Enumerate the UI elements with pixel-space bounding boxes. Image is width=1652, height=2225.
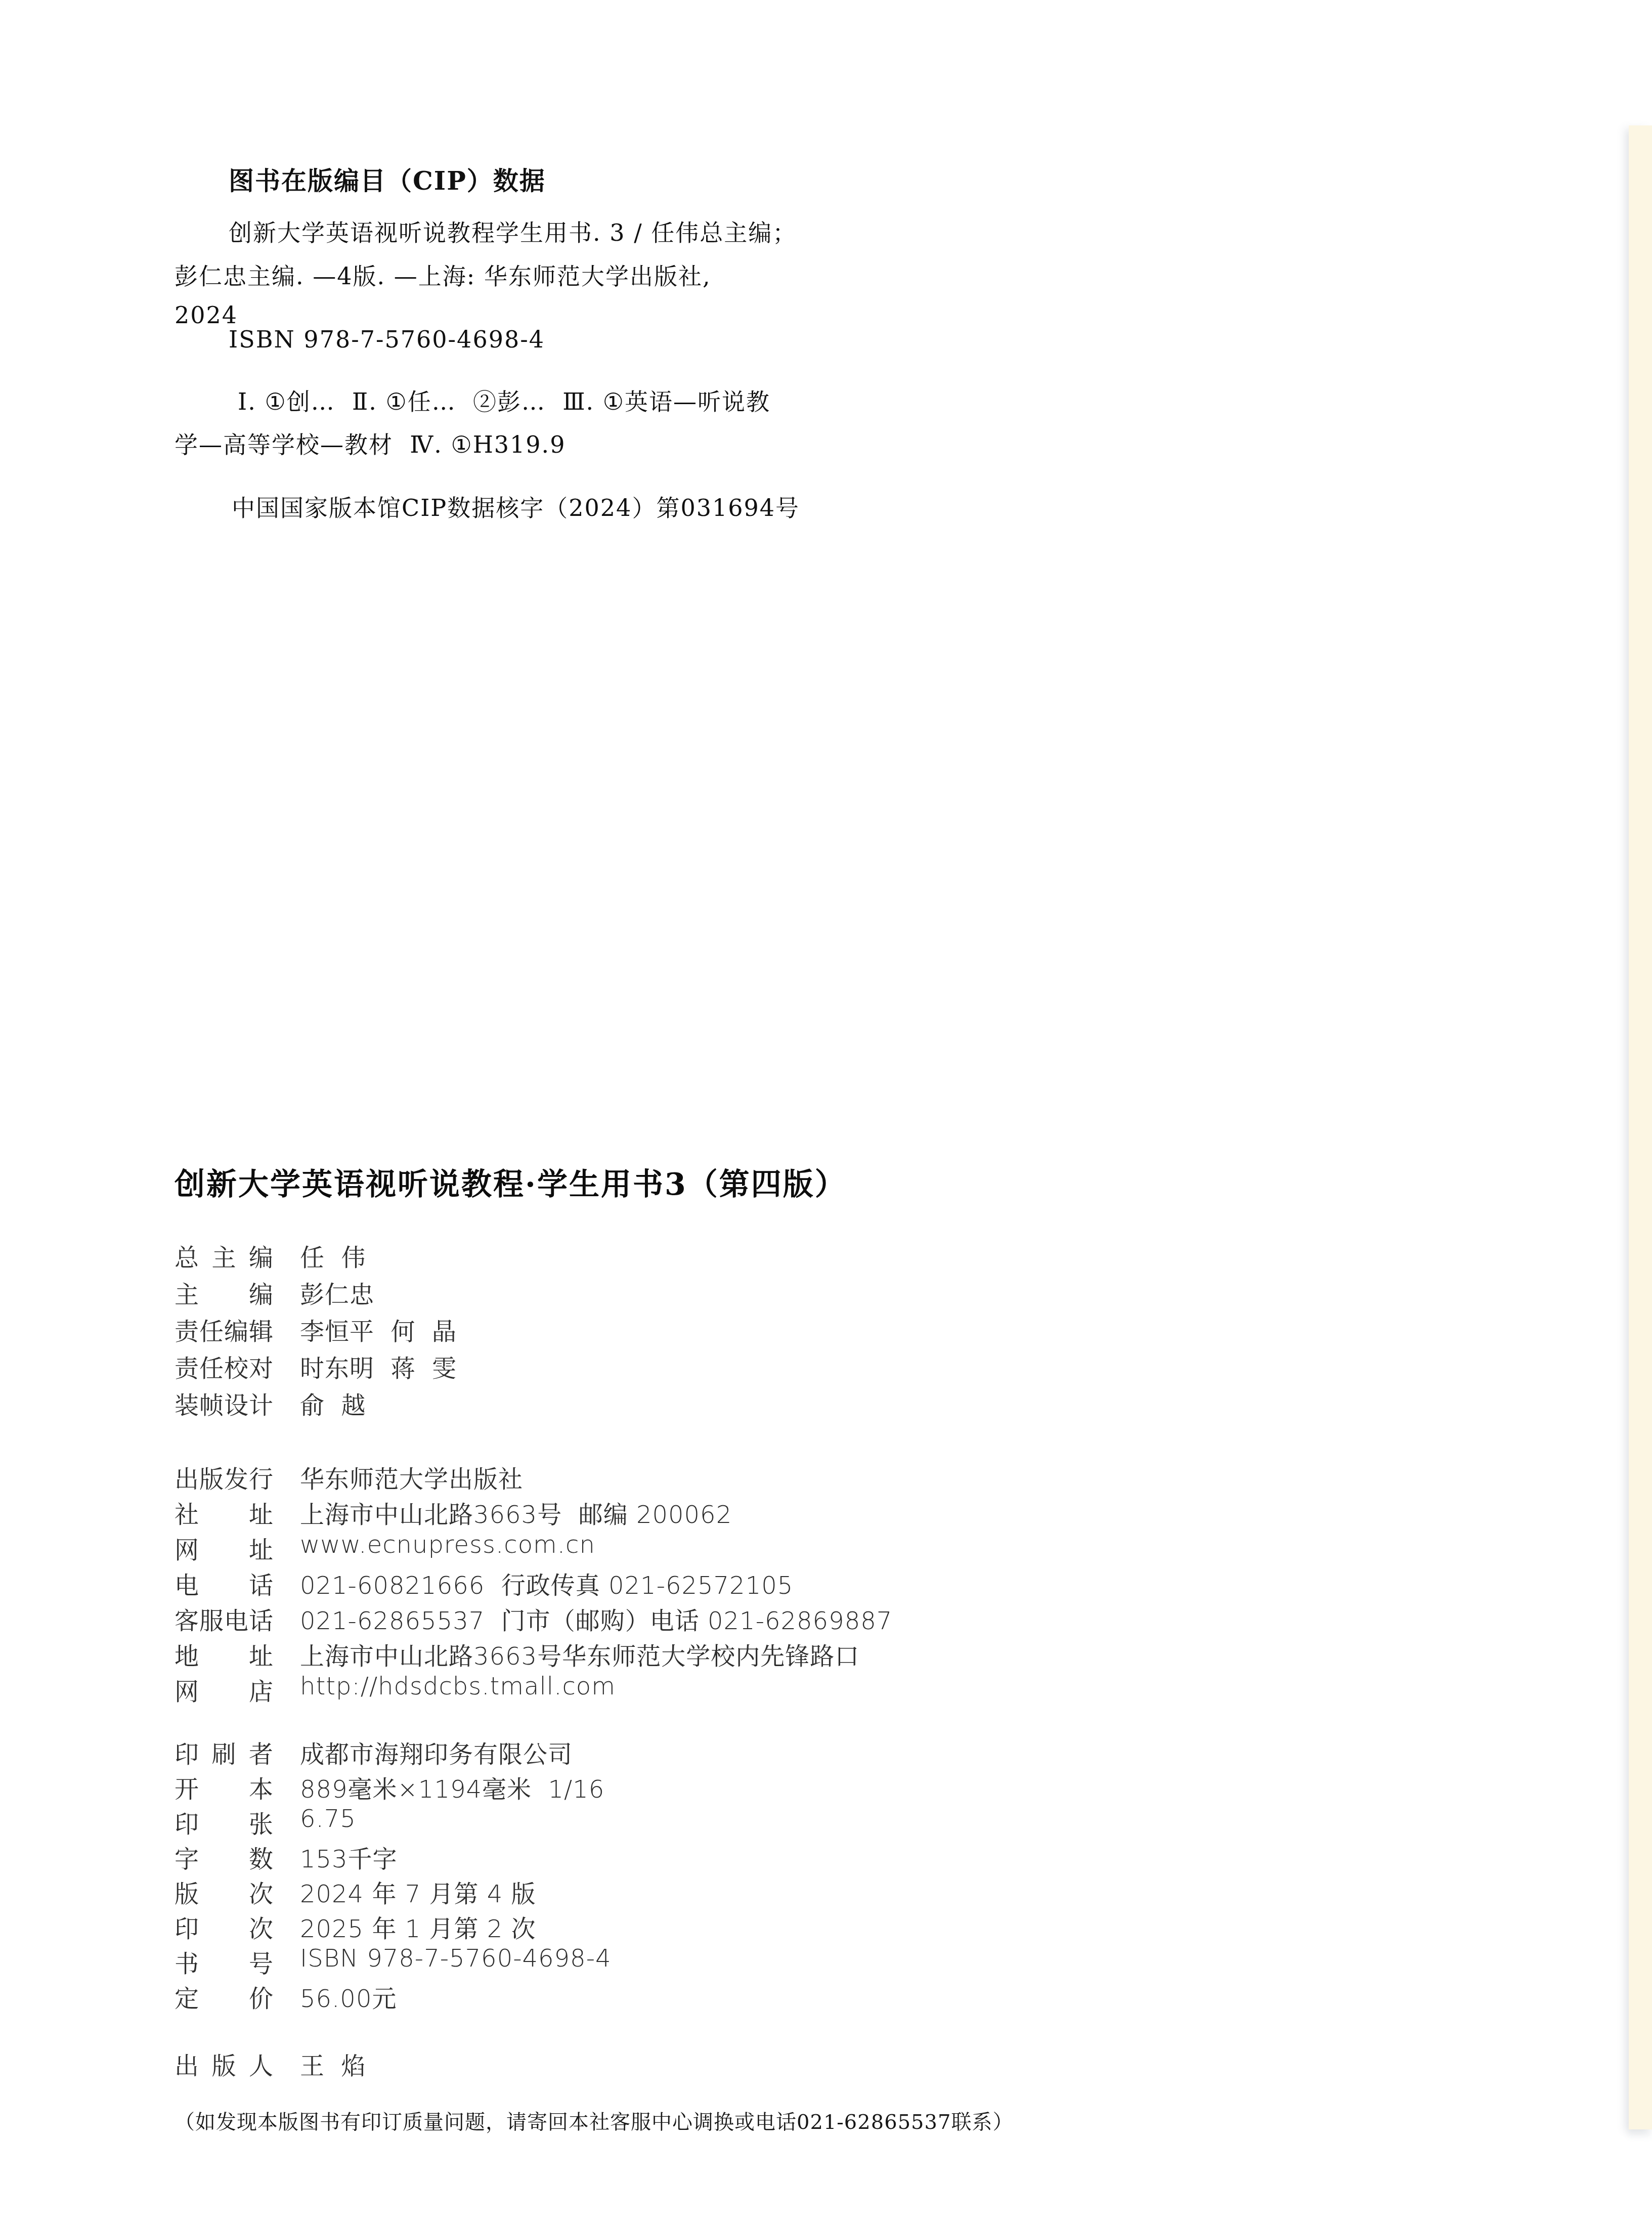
printing-row: 印张 6.75 [175, 1805, 612, 1840]
printing-value: 153千字 [300, 1840, 398, 1874]
publication-label: 网店 [175, 1672, 274, 1707]
publication-row: 地址 上海市中山北路3663号华东师范大学校内先锋路口 [175, 1637, 892, 1672]
cip-header: 图书在版编目（CIP）数据 [229, 161, 546, 197]
cip-classification-line: Ⅰ. ①创… Ⅱ. ①任… ②彭… Ⅲ. ①英语—听说教 [238, 383, 770, 417]
publication-label: 客服电话 [175, 1601, 274, 1636]
credit-row: 总主编 任 伟 [175, 1238, 457, 1275]
printing-value: 2025 年 1 月第 2 次 [300, 1909, 536, 1944]
printing-row: 字数 153千字 [175, 1840, 612, 1874]
printing-row: 书号 ISBN 978-7-5760-4698-4 [175, 1944, 612, 1979]
credit-label: 总主编 [175, 1238, 274, 1273]
credit-value: 任 伟 [300, 1238, 366, 1273]
publication-row: 客服电话 021-62865537 门市（邮购）电话 021-62869887 [175, 1601, 892, 1637]
printing-label: 书号 [175, 1944, 274, 1979]
publication-row: 社址 上海市中山北路3663号 邮编 200062 [175, 1495, 892, 1531]
printing-row: 定价 56.00元 [175, 1979, 612, 2014]
cip-record-line: 创新大学英语视听说教程学生用书. 3 / 任伟总主编； [229, 214, 797, 248]
printing-label: 开本 [175, 1770, 274, 1805]
next-page-edge-strip [1629, 125, 1652, 2129]
credit-value: 李恒平 何 晶 [300, 1312, 457, 1347]
publication-label: 出版发行 [175, 1460, 274, 1495]
printing-label: 印刷者 [175, 1735, 274, 1770]
printing-value: 2024 年 7 月第 4 版 [300, 1874, 536, 1909]
printing-label: 印张 [175, 1805, 274, 1840]
publication-label: 电话 [175, 1566, 274, 1601]
publication-value publisher-store-url: http://hdsdcbs.tmall.com [300, 1672, 616, 1700]
publication-value: 021-60821666 行政传真 021-62572105 [300, 1566, 793, 1601]
credit-value: 彭仁忠 [300, 1275, 374, 1310]
cip-record-line: 彭仁忠主编. —4版. —上海: 华东师范大学出版社, [175, 258, 711, 291]
cip-record-line: 2024 [175, 301, 238, 329]
issuer-block: 出版人 王 焰 [175, 2046, 366, 2081]
issuer-row: 出版人 王 焰 [175, 2046, 366, 2081]
credit-label: 装帧设计 [175, 1386, 274, 1421]
credit-value: 俞 越 [300, 1386, 366, 1421]
publication-label: 网址 [175, 1531, 274, 1565]
credit-value: 时东明 蒋 雯 [300, 1349, 457, 1384]
printing-label: 定价 [175, 1979, 274, 2014]
publication-value: 021-62865537 门市（邮购）电话 021-62869887 [300, 1601, 892, 1636]
colophon-page: 图书在版编目（CIP）数据 创新大学英语视听说教程学生用书. 3 / 任伟总主编… [0, 0, 1652, 2225]
printing-value: 6.75 [300, 1805, 356, 1833]
publication-block: 出版发行 华东师范大学出版社 社址 上海市中山北路3663号 邮编 200062… [175, 1460, 892, 1708]
credits-block: 总主编 任 伟 主编 彭仁忠 责任编辑 李恒平 何 晶 责任校对 时东明 蒋 雯… [175, 1238, 457, 1423]
credit-row: 主编 彭仁忠 [175, 1275, 457, 1312]
cip-isbn-line: ISBN 978-7-5760-4698-4 [229, 326, 545, 353]
publication-value: 华东师范大学出版社 [300, 1460, 523, 1495]
printing-label: 字数 [175, 1840, 274, 1874]
printing-row: 印刷者 成都市海翔印务有限公司 [175, 1735, 612, 1770]
printing-value: 889毫米×1194毫米 1/16 [300, 1770, 604, 1805]
quality-notice: （如发现本版图书有印订质量问题，请寄回本社客服中心调换或电话021-628655… [175, 2106, 1013, 2135]
publication-label: 社址 [175, 1495, 274, 1530]
printing-label: 版次 [175, 1874, 274, 1909]
publication-row: 电话 021-60821666 行政传真 021-62572105 [175, 1566, 892, 1601]
credit-label: 责任编辑 [175, 1312, 274, 1347]
printing-label: 印次 [175, 1909, 274, 1944]
publication-value: 上海市中山北路3663号华东师范大学校内先锋路口 [300, 1637, 859, 1672]
credit-label: 责任校对 [175, 1349, 274, 1384]
printing-value: ISBN 978-7-5760-4698-4 [300, 1944, 612, 1973]
publication-label: 地址 [175, 1637, 274, 1672]
publication-value: 上海市中山北路3663号 邮编 200062 [300, 1495, 732, 1530]
printing-row: 版次 2024 年 7 月第 4 版 [175, 1874, 612, 1909]
printing-row: 印次 2025 年 1 月第 2 次 [175, 1909, 612, 1944]
credit-row: 责任校对 时东明 蒋 雯 [175, 1349, 457, 1386]
publication-row: 出版发行 华东师范大学出版社 [175, 1460, 892, 1495]
publication-value publisher-website: www.ecnupress.com.cn [300, 1531, 595, 1559]
printing-value: 56.00元 [300, 1979, 397, 2014]
printing-block: 印刷者 成都市海翔印务有限公司 开本 889毫米×1194毫米 1/16 印张 … [175, 1735, 612, 2014]
cip-classification-line: 学—高等学校—教材 Ⅳ. ①H319.9 [175, 426, 566, 460]
issuer-label: 出版人 [175, 2046, 274, 2081]
credit-row: 责任编辑 李恒平 何 晶 [175, 1312, 457, 1349]
printing-value: 成都市海翔印务有限公司 [300, 1735, 573, 1770]
printing-row: 开本 889毫米×1194毫米 1/16 [175, 1770, 612, 1805]
publication-row: 网店 http://hdsdcbs.tmall.com [175, 1672, 892, 1708]
issuer-value: 王 焰 [300, 2046, 366, 2081]
credit-row: 装帧设计 俞 越 [175, 1386, 457, 1423]
credit-label: 主编 [175, 1275, 274, 1310]
book-title: 创新大学英语视听说教程·学生用书3（第四版） [175, 1160, 847, 1204]
publication-row: 网址 www.ecnupress.com.cn [175, 1531, 892, 1566]
cip-registry-line: 中国国家版本馆CIP数据核字（2024）第031694号 [232, 490, 800, 523]
